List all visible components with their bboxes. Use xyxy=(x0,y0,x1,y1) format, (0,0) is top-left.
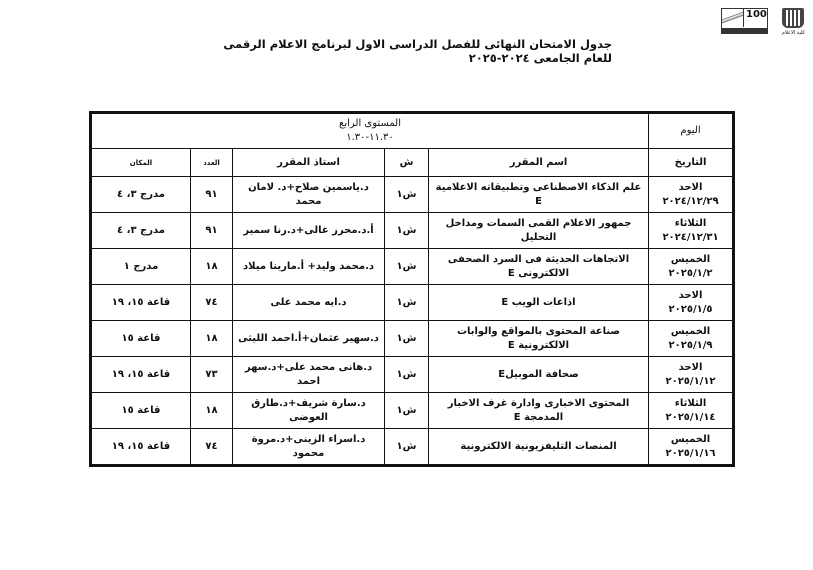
location-cell: مدرج ٣، ٤ xyxy=(92,177,191,213)
level-time: ١١.٣٠-١.٣٠ xyxy=(96,131,644,145)
day: الثلاثاء xyxy=(653,397,728,411)
exam-schedule-table: اليوم المستوى الرابع ١١.٣٠-١.٣٠ التاريخ … xyxy=(91,113,733,465)
location-cell: مدرج ١ xyxy=(92,249,191,285)
table-row: الخميس٢٠٢٥/١/١٦ المنصات التليفزيونية الا… xyxy=(92,429,733,465)
column-header-section: ش xyxy=(385,149,429,177)
date-cell: الخميس٢٠٢٥/١/٢ xyxy=(649,249,733,285)
table-row: الاحد٢٠٢٤/١٢/٢٩ علم الذكاء الاصطناعى وتط… xyxy=(92,177,733,213)
building-icon xyxy=(722,9,744,27)
table-row: الخميس٢٠٢٥/١/٢ الاتجاهات الحديثة فى السر… xyxy=(92,249,733,285)
count-cell: ٧٤ xyxy=(191,429,233,465)
instructor-cell: د.اسراء الزينى+د.مروة محمود xyxy=(233,429,385,465)
logo-band xyxy=(722,28,767,33)
count-cell: ١٨ xyxy=(191,321,233,357)
date-cell: الخميس٢٠٢٥/١/٩ xyxy=(649,321,733,357)
level-header: المستوى الرابع ١١.٣٠-١.٣٠ xyxy=(92,114,649,149)
shield-icon xyxy=(782,8,804,28)
count-cell: ٧٤ xyxy=(191,285,233,321)
column-header-course: اسم المقرر xyxy=(429,149,649,177)
date-cell: الاحد٢٠٢٥/١/١٢ xyxy=(649,357,733,393)
instructor-cell: د.سارة شريف+د.طارق العوضى xyxy=(233,393,385,429)
section-cell: ش١ xyxy=(385,393,429,429)
location-cell: قاعة ١٥ xyxy=(92,321,191,357)
faculty-logo: كلية الاعلام xyxy=(782,8,805,36)
date-cell: الاحد٢٠٢٤/١٢/٢٩ xyxy=(649,177,733,213)
day-header: اليوم xyxy=(649,114,733,149)
day: الاحد xyxy=(653,361,728,375)
header-row-level: اليوم المستوى الرابع ١١.٣٠-١.٣٠ xyxy=(92,114,733,149)
location-cell: قاعة ١٥ xyxy=(92,393,191,429)
day: الاحد xyxy=(653,181,728,195)
location-cell: قاعة ١٥، ١٩ xyxy=(92,285,191,321)
page-title: جدول الامتحان النهائى للفصل الدراسى الاو… xyxy=(200,37,612,65)
date: ٢٠٢٥/١/٢ xyxy=(653,267,728,281)
date: ٢٠٢٥/١/١٤ xyxy=(653,411,728,425)
day: الخميس xyxy=(653,325,728,339)
table-row: الثلاثاء٢٠٢٤/١٢/٣١ جمهور الاعلام القمى ا… xyxy=(92,213,733,249)
count-cell: ٩١ xyxy=(191,177,233,213)
course-cell: صحافة الموبيلE xyxy=(429,357,649,393)
date-cell: الخميس٢٠٢٥/١/١٦ xyxy=(649,429,733,465)
date-cell: الثلاثاء٢٠٢٥/١/١٤ xyxy=(649,393,733,429)
count-cell: ١٨ xyxy=(191,393,233,429)
date-cell: الثلاثاء٢٠٢٤/١٢/٣١ xyxy=(649,213,733,249)
instructor-cell: أ.د.محرز غالى+د.رنا سمير xyxy=(233,213,385,249)
course-cell: المحتوى الاخبارى وادارة غرف الاخبار المد… xyxy=(429,393,649,429)
count-cell: ٩١ xyxy=(191,213,233,249)
column-header-date: التاريخ xyxy=(649,149,733,177)
section-cell: ش١ xyxy=(385,285,429,321)
instructor-cell: د.محمد وليد+ أ.مارينا ميلاد xyxy=(233,249,385,285)
day: الاحد xyxy=(653,289,728,303)
location-cell: قاعة ١٥، ١٩ xyxy=(92,429,191,465)
column-header-count: العدد xyxy=(191,149,233,177)
anniversary-logo: 100 xyxy=(721,8,768,34)
date: ٢٠٢٥/١/٩ xyxy=(653,339,728,353)
header-logos: 100 كلية الاعلام xyxy=(721,8,805,36)
level-name: المستوى الرابع xyxy=(96,117,644,131)
column-header-location: المكان xyxy=(92,149,191,177)
date: ٢٠٢٤/١٢/٢٩ xyxy=(653,195,728,209)
section-cell: ش١ xyxy=(385,177,429,213)
section-cell: ش١ xyxy=(385,357,429,393)
day: الثلاثاء xyxy=(653,217,728,231)
count-cell: ١٨ xyxy=(191,249,233,285)
section-cell: ش١ xyxy=(385,321,429,357)
location-cell: قاعة ١٥، ١٩ xyxy=(92,357,191,393)
day: الخميس xyxy=(653,253,728,267)
header-row-columns: التاريخ اسم المقرر ش استاذ المقرر العدد … xyxy=(92,149,733,177)
course-cell: صناعة المحتوى بالمواقع والوابات الالكترو… xyxy=(429,321,649,357)
course-cell: المنصات التليفزيونية الالكترونية xyxy=(429,429,649,465)
day: الخميس xyxy=(653,433,728,447)
count-cell: ٧٣ xyxy=(191,357,233,393)
section-cell: ش١ xyxy=(385,213,429,249)
instructor-cell: د.ايه محمد على xyxy=(233,285,385,321)
table-row: الخميس٢٠٢٥/١/٩ صناعة المحتوى بالمواقع وا… xyxy=(92,321,733,357)
date-cell: الاحد٢٠٢٥/١/٥ xyxy=(649,285,733,321)
column-header-instructor: استاذ المقرر xyxy=(233,149,385,177)
course-cell: اذاعات الويب E xyxy=(429,285,649,321)
date: ٢٠٢٥/١/٥ xyxy=(653,303,728,317)
course-cell: الاتجاهات الحديثة فى السرد الصحفى الالكت… xyxy=(429,249,649,285)
course-cell: جمهور الاعلام القمى السمات ومداخل التحلي… xyxy=(429,213,649,249)
date: ٢٠٢٥/١/١٢ xyxy=(653,375,728,389)
date: ٢٠٢٥/١/١٦ xyxy=(653,447,728,461)
instructor-cell: د.ياسمين صلاح+د. لامان محمد xyxy=(233,177,385,213)
location-cell: مدرج ٣، ٤ xyxy=(92,213,191,249)
table-row: الاحد٢٠٢٥/١/٥ اذاعات الويب E ش١ د.ايه مح… xyxy=(92,285,733,321)
section-cell: ش١ xyxy=(385,249,429,285)
table-row: الثلاثاء٢٠٢٥/١/١٤ المحتوى الاخبارى وادار… xyxy=(92,393,733,429)
date: ٢٠٢٤/١٢/٣١ xyxy=(653,231,728,245)
instructor-cell: د.هانى محمد على+د.سهر احمد xyxy=(233,357,385,393)
section-cell: ش١ xyxy=(385,429,429,465)
faculty-logo-caption: كلية الاعلام xyxy=(782,30,805,36)
course-cell: علم الذكاء الاصطناعى وتطبيقاته الاعلامية… xyxy=(429,177,649,213)
table-row: الاحد٢٠٢٥/١/١٢ صحافة الموبيلE ش١ د.هانى … xyxy=(92,357,733,393)
instructor-cell: د.سهير عثمان+أ.احمد الليثى xyxy=(233,321,385,357)
